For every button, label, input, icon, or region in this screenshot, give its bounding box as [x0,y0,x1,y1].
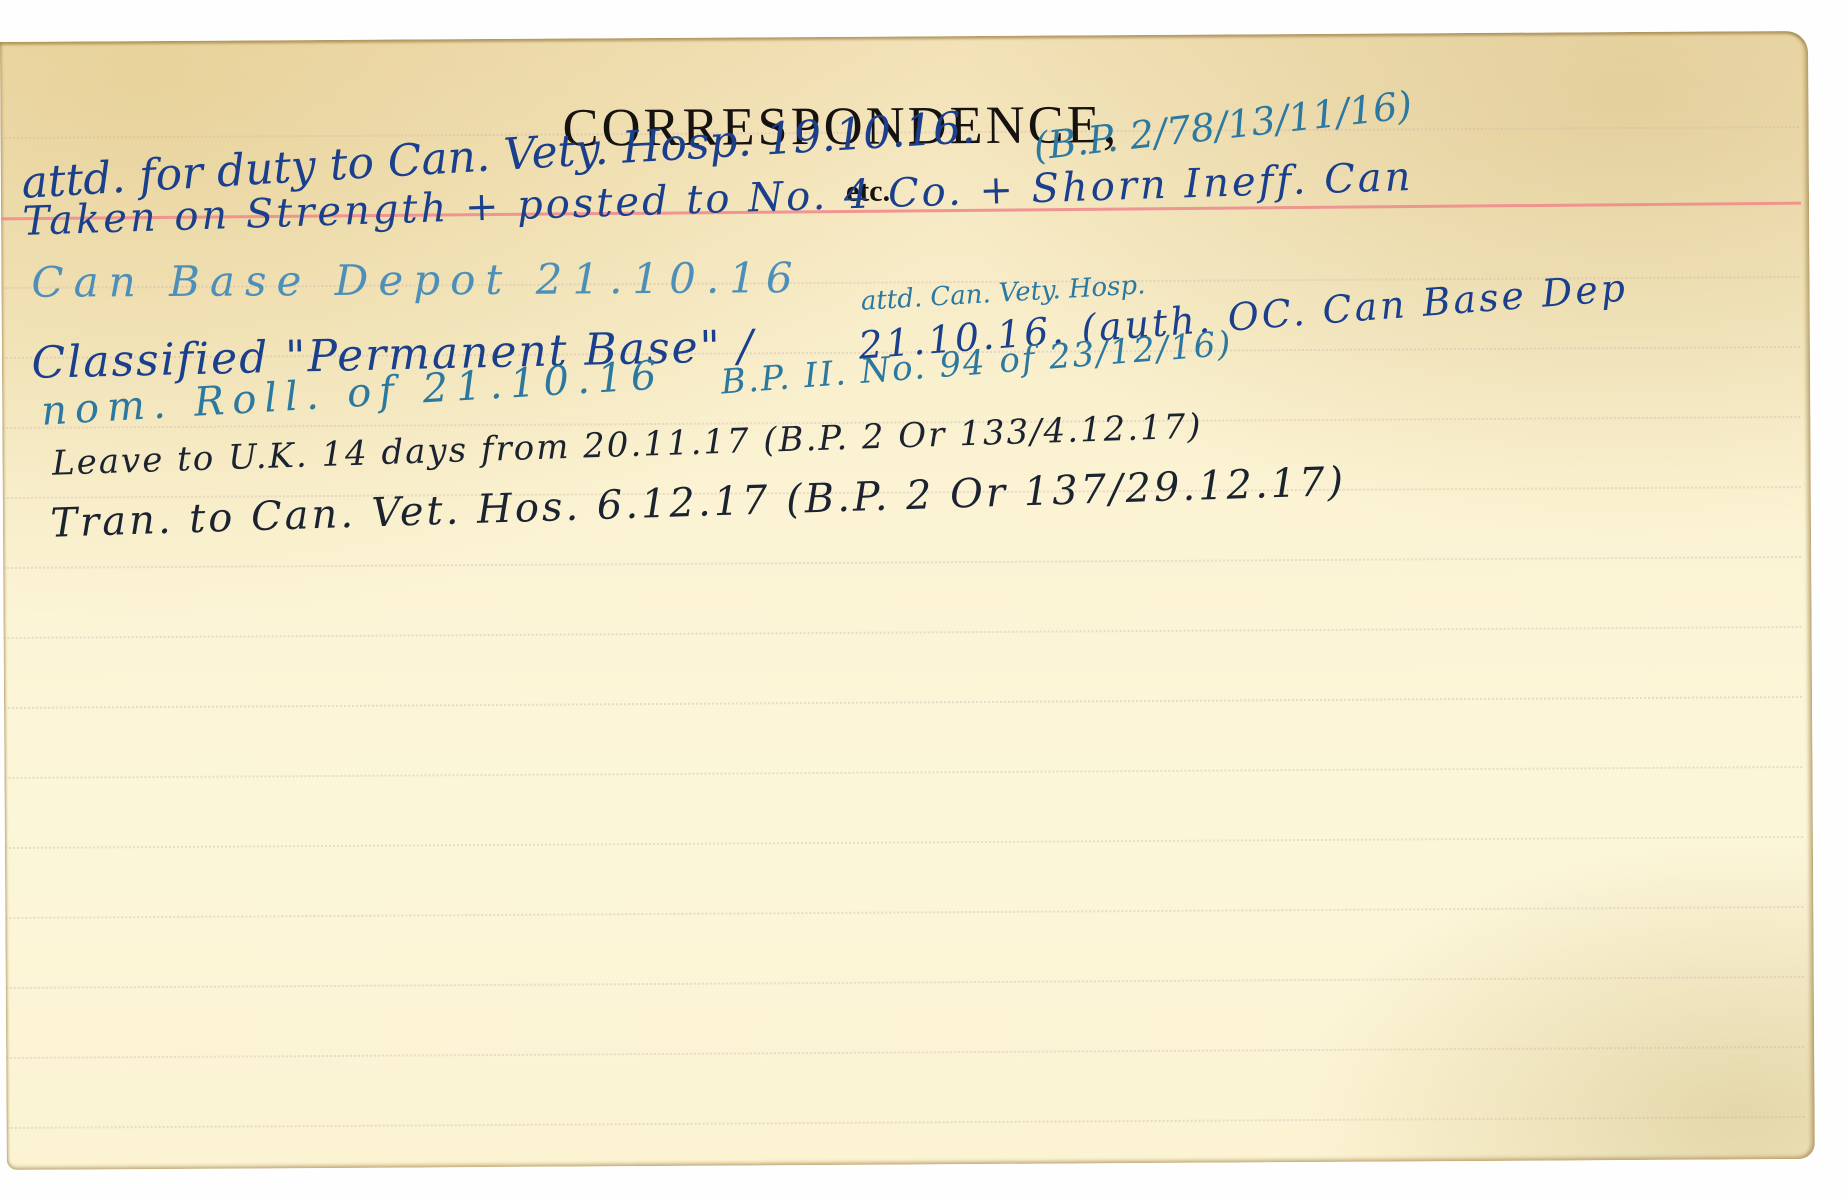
ruled-line [7,1116,1805,1129]
handwritten-entry: Can Base Depot 21.10.16 [31,257,802,304]
record-card: CORRESPONDENCE, etc. attd. for duty to C… [0,31,1815,1170]
ruled-line [6,1046,1804,1059]
ruled-line [5,906,1803,919]
ruled-line [5,836,1803,849]
ruled-line [4,626,1802,639]
ruled-line [3,556,1801,569]
ruled-line [4,766,1802,779]
ruled-line [4,696,1802,709]
ruled-line [6,976,1804,989]
